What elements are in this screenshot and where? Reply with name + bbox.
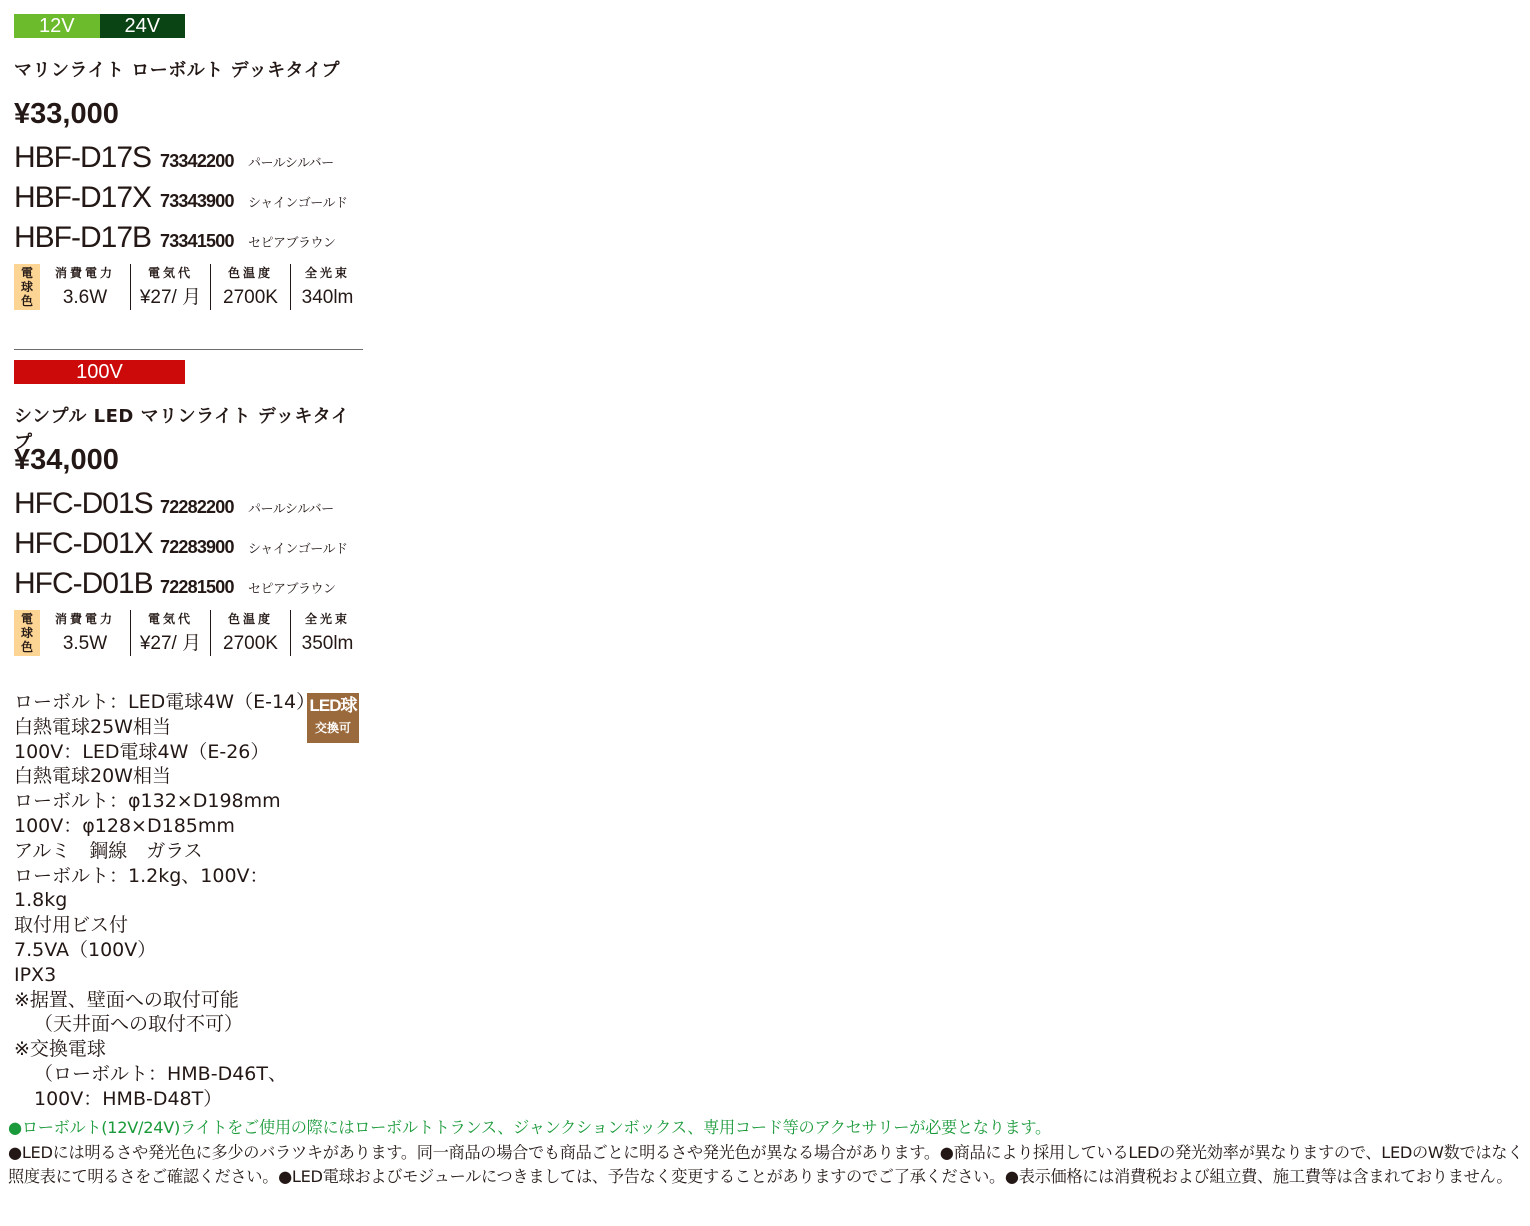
model-code: HBF-D17B xyxy=(14,218,160,258)
detail-line: 7.5VA（100V） xyxy=(14,938,314,963)
spec-label: 消費電力 xyxy=(55,264,115,282)
bulb-tag-char: 色 xyxy=(21,640,33,654)
model-color: シャインゴールド xyxy=(248,184,347,224)
model-color: パールシルバー xyxy=(248,490,334,530)
model-number: 72282200 xyxy=(160,487,248,527)
product-name: シンプル LED マリンライト デッキタイプ xyxy=(14,404,364,430)
led-badge-line2: 交換可 xyxy=(307,719,359,737)
spec-value: 3.5W xyxy=(63,632,107,656)
spec-value: 350lm xyxy=(302,632,354,656)
spec-label: 消費電力 xyxy=(55,610,115,628)
bulb-color-tag: 電 球 色 xyxy=(14,264,40,310)
model-list: HFC-D01S 72282200 パールシルバー HFC-D01X 72283… xyxy=(14,484,364,604)
detail-line: 100V：φ128×D185mm xyxy=(14,814,314,839)
model-number: 73341500 xyxy=(160,221,248,261)
section-divider xyxy=(14,349,363,350)
product-price: ¥33,000 xyxy=(14,96,364,132)
voltage-tag-12v: 12V xyxy=(14,14,100,38)
product-catalog-page: 12V 24V マリンライト ローボルト デッキタイプ ¥33,000 HBF-… xyxy=(0,0,1530,1226)
model-number: 73342200 xyxy=(160,141,248,181)
detail-line: （ローボルト：HMB-D46T、 xyxy=(14,1062,314,1087)
model-code: HFC-D01S xyxy=(14,484,160,524)
voltage-tag-100v: 100V xyxy=(14,360,185,384)
spec-label: 色温度 xyxy=(228,610,273,628)
spec-label: 電気代 xyxy=(148,264,193,282)
model-row: HBF-D17S 73342200 パールシルバー xyxy=(14,138,364,178)
model-row: HFC-D01S 72282200 パールシルバー xyxy=(14,484,364,524)
footnotes: ●ローボルト(12V/24V)ライトをご使用の際にはローボルトトランス、ジャンク… xyxy=(8,1116,1524,1190)
model-code: HFC-D01B xyxy=(14,564,160,604)
spec-table: 電 球 色 消費電力 3.6W 電気代 ¥27/ 月 色温度 2700K 全光束… xyxy=(14,264,364,310)
led-disclaimer-note: ●LEDには明るさや発光色に多少のバラツキがあります。同一商品の場合でも商品ごと… xyxy=(8,1141,1524,1190)
detail-line: 白熱電球20W相当 xyxy=(14,764,314,789)
spec-value: 3.6W xyxy=(63,286,107,310)
detail-line: 取付用ビス付 xyxy=(14,913,314,938)
led-badge-line1: LED球 xyxy=(307,693,359,719)
spec-lumen: 全光束 350lm xyxy=(290,610,364,656)
detail-line: 白熱電球25W相当 xyxy=(14,715,314,740)
model-color: シャインゴールド xyxy=(248,530,347,570)
model-row: HFC-D01X 72283900 シャインゴールド xyxy=(14,524,364,564)
product-price: ¥34,000 xyxy=(14,442,364,478)
model-code: HBF-D17X xyxy=(14,178,160,218)
spec-power: 消費電力 3.5W xyxy=(40,610,130,656)
spec-cost: 電気代 ¥27/ 月 xyxy=(130,264,210,310)
model-code: HFC-D01X xyxy=(14,524,160,564)
spec-power: 消費電力 3.6W xyxy=(40,264,130,310)
model-color: セピアブラウン xyxy=(248,570,336,610)
detail-line: ※据置、壁面への取付可能 xyxy=(14,988,314,1013)
detail-line: ローボルト：φ132×D198mm xyxy=(14,789,314,814)
spec-cost: 電気代 ¥27/ 月 xyxy=(130,610,210,656)
spec-table: 電 球 色 消費電力 3.5W 電気代 ¥27/ 月 色温度 2700K 全光束… xyxy=(14,610,364,656)
model-code: HBF-D17S xyxy=(14,138,160,178)
model-color: セピアブラウン xyxy=(248,224,336,264)
voltage-tags: 12V 24V xyxy=(14,14,185,38)
bulb-tag-char: 色 xyxy=(21,294,33,308)
bulb-tag-char: 球 xyxy=(21,280,33,294)
bulb-tag-char: 電 xyxy=(21,612,33,626)
model-list: HBF-D17S 73342200 パールシルバー HBF-D17X 73343… xyxy=(14,138,364,258)
accessory-note: ●ローボルト(12V/24V)ライトをご使用の際にはローボルトトランス、ジャンク… xyxy=(8,1116,1524,1141)
bulb-tag-char: 球 xyxy=(21,626,33,640)
detail-line: ローボルト：1.2kg、100V：1.8kg xyxy=(14,864,314,914)
bulb-tag-char: 電 xyxy=(21,266,33,280)
model-row: HBF-D17B 73341500 セピアブラウン xyxy=(14,218,364,258)
detail-line: 100V：HMB-D48T） xyxy=(14,1087,314,1112)
spec-value: ¥27/ 月 xyxy=(140,632,201,656)
model-number: 73343900 xyxy=(160,181,248,221)
detail-line: ローボルト：LED電球4W（E-14） xyxy=(14,690,314,715)
detail-line: IPX3 xyxy=(14,963,314,988)
spec-lumen: 全光束 340lm xyxy=(290,264,364,310)
product-section-lowvolt: 12V 24V マリンライト ローボルト デッキタイプ ¥33,000 HBF-… xyxy=(14,14,364,310)
spec-color-temp: 色温度 2700K xyxy=(210,264,290,310)
spec-value: 340lm xyxy=(302,286,354,310)
model-color: パールシルバー xyxy=(248,144,334,184)
product-section-100v: 100V シンプル LED マリンライト デッキタイプ ¥34,000 HFC-… xyxy=(14,360,364,656)
model-row: HBF-D17X 73343900 シャインゴールド xyxy=(14,178,364,218)
detail-line: 100V：LED電球4W（E-26） xyxy=(14,740,314,765)
spec-label: 全光束 xyxy=(305,610,350,628)
spec-value: 2700K xyxy=(223,286,278,310)
spec-value: 2700K xyxy=(223,632,278,656)
led-replaceable-badge: LED球 交換可 xyxy=(307,693,359,743)
spec-label: 電気代 xyxy=(148,610,193,628)
spec-value: ¥27/ 月 xyxy=(140,286,201,310)
detail-line: （天井面への取付不可） xyxy=(14,1012,314,1037)
spec-label: 全光束 xyxy=(305,264,350,282)
model-row: HFC-D01B 72281500 セピアブラウン xyxy=(14,564,364,604)
spec-color-temp: 色温度 2700K xyxy=(210,610,290,656)
detail-line: アルミ 鋼線 ガラス xyxy=(14,839,314,864)
product-name: マリンライト ローボルト デッキタイプ xyxy=(14,58,364,84)
model-number: 72281500 xyxy=(160,567,248,607)
product-details: ローボルト：LED電球4W（E-14） 白熱電球25W相当 100V：LED電球… xyxy=(14,690,314,1112)
spec-label: 色温度 xyxy=(228,264,273,282)
detail-line: ※交換電球 xyxy=(14,1037,314,1062)
bulb-color-tag: 電 球 色 xyxy=(14,610,40,656)
voltage-tag-24v: 24V xyxy=(100,14,186,38)
voltage-tags: 100V xyxy=(14,360,185,384)
model-number: 72283900 xyxy=(160,527,248,567)
